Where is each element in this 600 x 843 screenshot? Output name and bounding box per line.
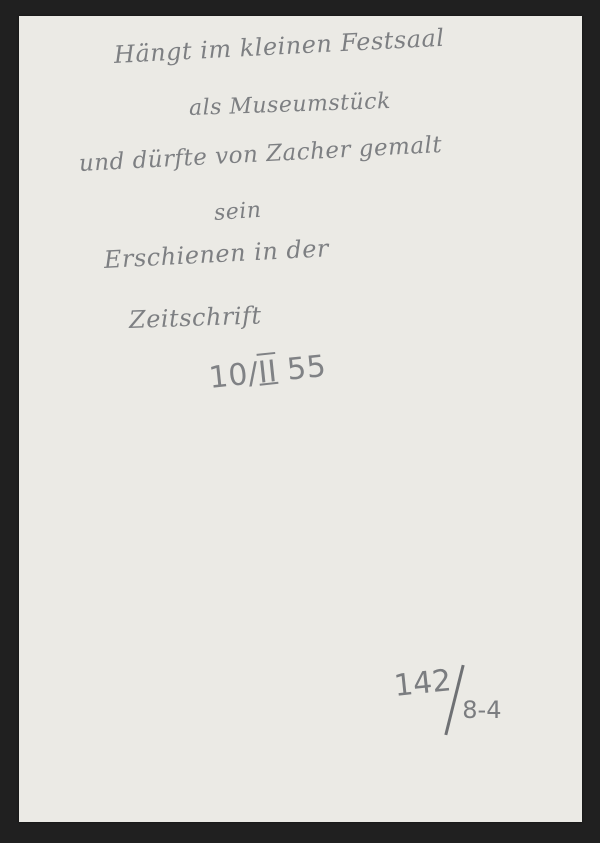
archive-number-sub: 8-4 (462, 696, 501, 724)
handwritten-line-1: Hängt im kleinen Festsaal (113, 24, 445, 69)
paper-sheet: Hängt im kleinen Festsaal als Museumstüc… (19, 16, 582, 822)
handwritten-line-4: sein (213, 198, 262, 226)
handwritten-line-3: und dürfte von Zacher gemalt (78, 132, 442, 177)
handwritten-line-6: Zeitschrift (129, 301, 262, 334)
archive-number: 1428-4 (394, 666, 501, 736)
handwritten-date: 10/II 55 (207, 349, 328, 396)
date-month-roman: II (257, 354, 279, 391)
date-year: 55 (285, 349, 328, 388)
date-day: 10 (207, 357, 250, 396)
handwritten-line-2: als Museumstück (189, 89, 392, 121)
archive-number-main: 142 (392, 663, 453, 704)
handwritten-line-5: Erschienen in der (103, 234, 329, 274)
